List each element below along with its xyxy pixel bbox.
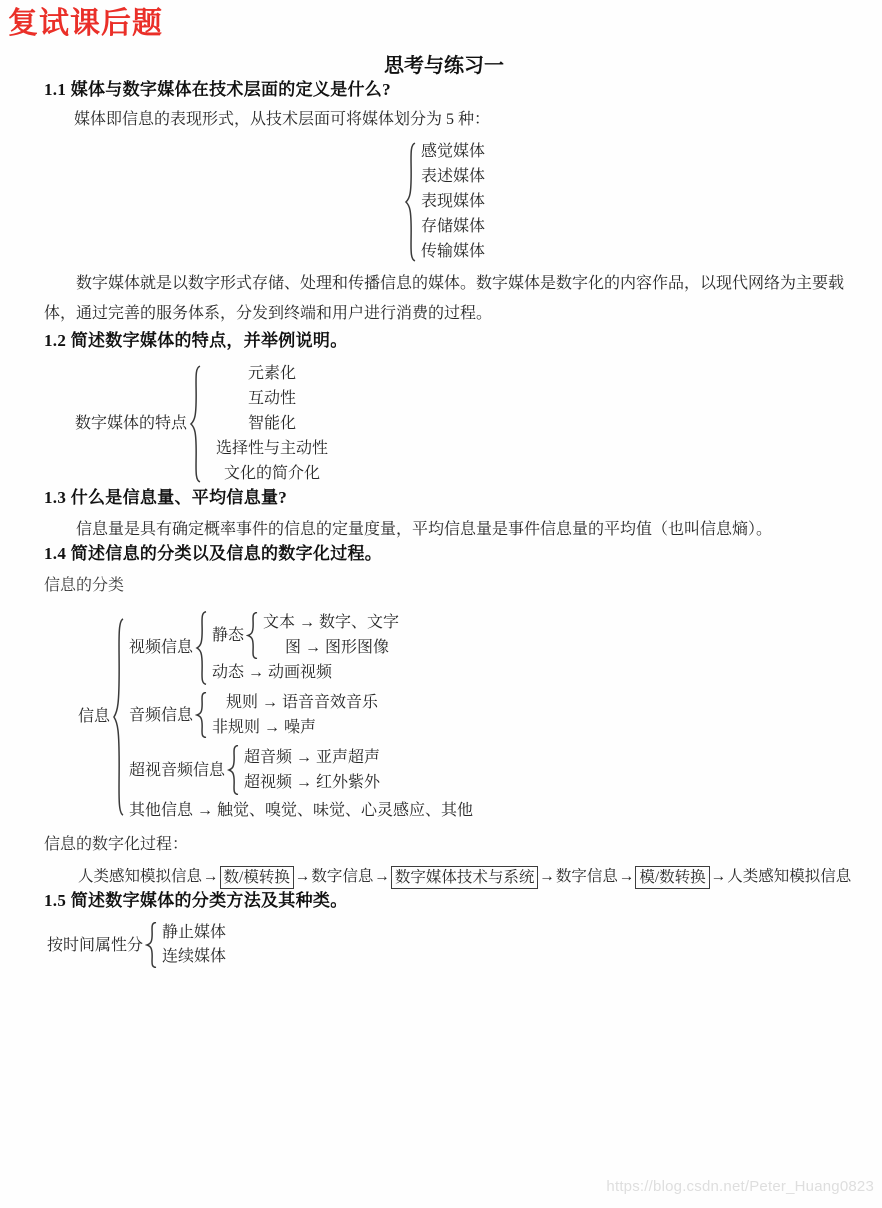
static-item: 文本 → 数字、文字 [263,610,399,635]
static-group: 静态 文本 → 数字、文字 图 → 图形图像 [212,610,399,660]
audio-item: 规则 → 语音音效音乐 [212,690,378,715]
digitization-label: 信息的数字化过程： [44,833,844,857]
flow-step: 数字信息 [311,865,373,889]
info-classification-diagram: 信息 视频信息 静态 [78,610,844,823]
media-type-item: 表现媒体 [421,189,485,214]
intro-1-1: 媒体即信息的表现形式，从技术层面可将媒体划分为 5 种： [44,108,844,132]
time-media-list: 静止媒体 连续媒体 [162,921,226,969]
flow-arrow-icon: → [619,865,635,889]
info-root-group: 信息 视频信息 静态 [78,610,844,823]
audio-items: 规则 → 语音音效音乐 非规则 → 噪声 [212,690,378,740]
media-type-item: 表述媒体 [421,164,485,189]
flow-step: 人类感知模拟信息 [727,865,851,889]
static-items: 文本 → 数字、文字 图 → 图形图像 [263,610,399,660]
heading-1-4: 1.4 简述信息的分类以及信息的数字化过程。 [44,542,844,566]
digitization-flow: 人类感知模拟信息 → 数/模转换 → 数字信息 → 数字媒体技术与系统 → 数字… [78,865,844,889]
feature-item: 互动性 [206,386,338,411]
paragraph-1-1: 数字媒体就是以数字形式存储、处理和传播信息的媒体。数字媒体是数字化的内容作品，以… [44,269,844,329]
static-label: 静态 [212,623,244,648]
left-brace-icon [404,142,417,262]
feature-item: 文化的简介化 [206,461,338,486]
classification-label: 信息的分类 [44,574,844,598]
audio-item: 非规则 → 噪声 [212,715,378,740]
flow-arrow-icon: → [295,865,311,889]
features-brace-diagram: 数字媒体的特点 元素化 互动性 智能化 选择性与主动性 文化的简介化 [75,361,844,486]
super-av-items: 超音频 → 亚声超声 超视频 → 红外紫外 [244,745,380,795]
media-type-item: 传输媒体 [421,239,485,264]
media-type-item: 存储媒体 [421,214,485,239]
other-info-item: 其他信息 → 触觉、嗅觉、味觉、心灵感应、其他 [129,798,473,823]
flow-step-boxed: 数字媒体技术与系统 [391,866,539,889]
media-types-list: 感觉媒体 表述媒体 表现媒体 存储媒体 传输媒体 [421,139,485,264]
left-brace-icon [145,922,158,968]
video-info-label: 视频信息 [129,635,193,660]
time-media-item: 静止媒体 [162,921,226,945]
media-types-brace-diagram: 感觉媒体 表述媒体 表现媒体 存储媒体 传输媒体 [404,139,844,264]
feature-item: 智能化 [206,411,338,436]
doc-title: 思考与练习一 [44,54,844,78]
flow-step-boxed: 数/模转换 [220,866,294,889]
paragraph-1-3: 信息量是具有确定概率事件的信息的定量度量，平均信息量是事件信息量的平均值（也叫信… [44,517,844,542]
audio-info-group: 音频信息 规则 → 语音音效音乐 非规则 → 噪声 [129,690,473,740]
heading-1-3: 1.3 什么是信息量、平均信息量? [44,486,844,510]
flow-step: 人类感知模拟信息 [78,865,202,889]
super-av-info-label: 超视音频信息 [129,758,225,783]
heading-1-2: 1.2 简述数字媒体的特点，并举例说明。 [44,329,844,353]
video-info-group: 视频信息 静态 文本 → 数字、文字 图 → 图形图像 [129,610,473,685]
heading-1-1: 1.1 媒体与数字媒体在技术层面的定义是什么? [44,78,844,102]
features-label: 数字媒体的特点 [75,411,187,436]
document-page: 复试课后题 思考与练习一 1.1 媒体与数字媒体在技术层面的定义是什么? 媒体即… [0,0,882,1208]
flow-arrow-icon: → [711,865,727,889]
left-brace-icon [112,617,125,817]
time-media-item: 连续媒体 [162,945,226,969]
flow-arrow-icon: → [203,865,219,889]
corner-title: 复试课后题 [8,5,163,43]
flow-arrow-icon: → [374,865,390,889]
time-attribute-brace-diagram: 按时间属性分 静止媒体 连续媒体 [47,921,844,969]
audio-info-label: 音频信息 [129,703,193,728]
info-children: 视频信息 静态 文本 → 数字、文字 图 → 图形图像 [129,610,473,823]
left-brace-icon [195,692,208,738]
left-brace-icon [189,365,202,483]
features-list: 元素化 互动性 智能化 选择性与主动性 文化的简介化 [206,361,338,486]
left-brace-icon [246,612,259,659]
media-type-item: 感觉媒体 [421,139,485,164]
watermark: https://blog.csdn.net/Peter_Huang0823 [606,1178,874,1195]
super-av-item: 超视频 → 红外紫外 [244,770,380,795]
flow-step-boxed: 模/数转换 [635,866,709,889]
feature-item: 元素化 [206,361,338,386]
left-brace-icon [195,611,208,685]
flow-arrow-icon: → [539,865,555,889]
feature-item: 选择性与主动性 [206,436,338,461]
heading-1-5: 1.5 简述数字媒体的分类方法及其种类。 [44,889,844,913]
time-attribute-label: 按时间属性分 [47,933,143,958]
left-brace-icon [227,745,240,795]
flow-step: 数字信息 [556,865,618,889]
super-av-info-group: 超视音频信息 超音频 → 亚声超声 超视频 → 红外紫外 [129,745,473,795]
info-root-label: 信息 [78,704,110,729]
dynamic-item: 动态 → 动画视频 [212,660,399,685]
super-av-item: 超音频 → 亚声超声 [244,745,380,770]
static-item: 图 → 图形图像 [263,635,399,660]
video-info-children: 静态 文本 → 数字、文字 图 → 图形图像 动态 → 动画视频 [212,610,399,685]
